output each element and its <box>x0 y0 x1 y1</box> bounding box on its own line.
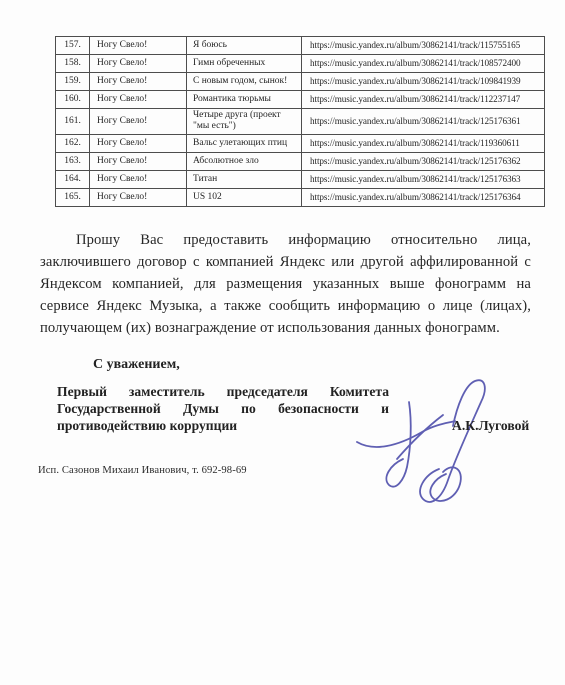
track-title: Четыре друга (проект "мы есть") <box>187 109 302 135</box>
track-url: https://music.yandex.ru/album/30862141/t… <box>302 91 545 109</box>
track-url: https://music.yandex.ru/album/30862141/t… <box>302 170 545 188</box>
track-title: Гимн обреченных <box>187 55 302 73</box>
executor-contact-line: Исп. Сазонов Михаил Иванович, т. 692-98-… <box>38 465 247 476</box>
track-artist: Ногу Свело! <box>90 188 187 206</box>
table-row: 164. Ногу Свело! Титан https://music.yan… <box>56 170 545 188</box>
tracks-table-body: 157. Ногу Свело! Я боюсь https://music.y… <box>56 37 545 207</box>
track-number: 161. <box>56 109 90 135</box>
track-number: 165. <box>56 188 90 206</box>
track-url: https://music.yandex.ru/album/30862141/t… <box>302 188 545 206</box>
track-url: https://music.yandex.ru/album/30862141/t… <box>302 73 545 91</box>
track-url: https://music.yandex.ru/album/30862141/t… <box>302 109 545 135</box>
signer-position: Первый заместитель председателя Комитета… <box>57 383 389 434</box>
track-title: Титан <box>187 170 302 188</box>
track-artist: Ногу Свело! <box>90 91 187 109</box>
track-artist: Ногу Свело! <box>90 73 187 91</box>
table-row: 157. Ногу Свело! Я боюсь https://music.y… <box>56 37 545 55</box>
table-row: 161. Ногу Свело! Четыре друга (проект "м… <box>56 109 545 135</box>
track-number: 159. <box>56 73 90 91</box>
table-row: 160. Ногу Свело! Романтика тюрьмы https:… <box>56 91 545 109</box>
track-title: US 102 <box>187 188 302 206</box>
table-row: 163. Ногу Свело! Абсолютное зло https://… <box>56 152 545 170</box>
track-artist: Ногу Свело! <box>90 109 187 135</box>
track-number: 160. <box>56 91 90 109</box>
scanned-letter-page: 157. Ногу Свело! Я боюсь https://music.y… <box>0 0 565 685</box>
track-url: https://music.yandex.ru/album/30862141/t… <box>302 37 545 55</box>
track-number: 157. <box>56 37 90 55</box>
table-row: 162. Ногу Свело! Вальс улетающих птиц ht… <box>56 134 545 152</box>
track-title: С новым годом, сынок! <box>187 73 302 91</box>
salutation: С уважением, <box>93 357 180 373</box>
table-row: 165. Ногу Свело! US 102 https://music.ya… <box>56 188 545 206</box>
track-artist: Ногу Свело! <box>90 37 187 55</box>
track-title: Абсолютное зло <box>187 152 302 170</box>
table-row: 158. Ногу Свело! Гимн обреченных https:/… <box>56 55 545 73</box>
track-url: https://music.yandex.ru/album/30862141/t… <box>302 134 545 152</box>
track-artist: Ногу Свело! <box>90 152 187 170</box>
track-number: 163. <box>56 152 90 170</box>
tracks-table: 157. Ногу Свело! Я боюсь https://music.y… <box>55 36 545 207</box>
track-title: Я боюсь <box>187 37 302 55</box>
track-number: 164. <box>56 170 90 188</box>
track-artist: Ногу Свело! <box>90 170 187 188</box>
signer-name: А.К.Луговой <box>452 418 529 434</box>
request-paragraph: Прошу Вас предоставить информацию относи… <box>40 229 531 339</box>
track-url: https://music.yandex.ru/album/30862141/t… <box>302 55 545 73</box>
track-number: 158. <box>56 55 90 73</box>
track-title: Романтика тюрьмы <box>187 91 302 109</box>
track-number: 162. <box>56 134 90 152</box>
track-title: Вальс улетающих птиц <box>187 134 302 152</box>
track-artist: Ногу Свело! <box>90 55 187 73</box>
table-row: 159. Ногу Свело! С новым годом, сынок! h… <box>56 73 545 91</box>
track-artist: Ногу Свело! <box>90 134 187 152</box>
track-url: https://music.yandex.ru/album/30862141/t… <box>302 152 545 170</box>
